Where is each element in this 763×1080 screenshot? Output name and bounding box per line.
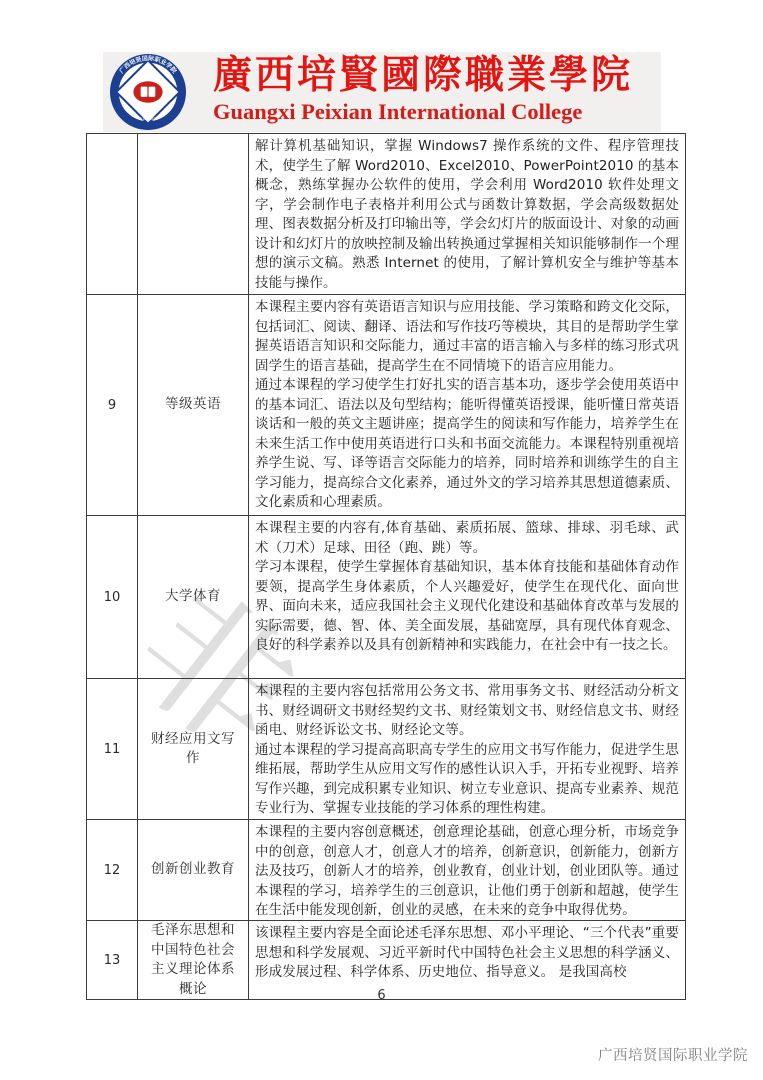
course-description-text: 本课程的主要内容创意概述，创意理论基础，创意心理分析，市场竞争中的创意，创意人才… <box>249 820 685 920</box>
course-name-cell: 财经应用文写作 <box>138 679 249 820</box>
college-logo-icon: 广西培贤国际职业学院 GUANGXI PEIXIAN INTERNATIONAL… <box>109 53 187 131</box>
table-row: 10 大学体育 本课程主要的内容有,体育基础、素质拓展、篮球、排球、羽毛球、武术… <box>87 516 686 679</box>
row-number-cell <box>87 134 138 295</box>
table-row: 11 财经应用文写作 本课程的主要内容包括常用公务文书、常用事务文书、财经活动分… <box>87 679 686 820</box>
college-name-zh: 廣西培賢國際職業學院 <box>213 52 661 98</box>
row-number-cell: 10 <box>87 516 138 679</box>
row-number-cell: 9 <box>87 295 138 516</box>
course-description-cell: 本课程的主要内容创意概述，创意理论基础，创意心理分析，市场竞争中的创意，创意人才… <box>249 820 686 921</box>
college-header: 广西培贤国际职业学院 GUANGXI PEIXIAN INTERNATIONAL… <box>103 52 661 132</box>
course-name-cell: 大学体育 <box>138 516 249 679</box>
college-titles: 廣西培賢國際職業學院 Guangxi Peixian International… <box>213 52 661 125</box>
course-name-cell: 等级英语 <box>138 295 249 516</box>
table-row: 解计算机基础知识，掌握 Windows7 操作系统的文件、程序管理技术，使学生了… <box>87 134 686 295</box>
course-description-text: 本课程主要的内容有,体育基础、素质拓展、篮球、排球、羽毛球、武术（刀术）足球、田… <box>249 516 685 656</box>
document-page: 广西培贤国际职业学院 GUANGXI PEIXIAN INTERNATIONAL… <box>0 0 763 1080</box>
footer-college-name: 广西培贤国际职业学院 <box>598 1044 748 1065</box>
course-description-text: 本课程主要内容有英语语言知识与应用技能、学习策略和跨文化交际，包括词汇、阅读、翻… <box>249 295 685 513</box>
course-description-text: 解计算机基础知识，掌握 Windows7 操作系统的文件、程序管理技术，使学生了… <box>249 134 685 293</box>
table-row: 9 等级英语 本课程主要内容有英语语言知识与应用技能、学习策略和跨文化交际，包括… <box>87 295 686 516</box>
row-number-cell: 11 <box>87 679 138 820</box>
course-name-cell: 创新创业教育 <box>138 820 249 921</box>
course-description-text: 该课程主要内容是全面论述毛泽东思想、邓小平理论、“三个代表”重要思想和科学发展观… <box>249 921 685 981</box>
course-description-cell: 解计算机基础知识，掌握 Windows7 操作系统的文件、程序管理技术，使学生了… <box>249 134 686 295</box>
course-description-text: 本课程的主要内容包括常用公务文书、常用事务文书、财经活动分析文书、财经调研文书财… <box>249 679 685 819</box>
course-table: 解计算机基础知识，掌握 Windows7 操作系统的文件、程序管理技术，使学生了… <box>86 133 686 1000</box>
row-number-cell: 12 <box>87 820 138 921</box>
course-description-cell: 本课程的主要内容包括常用公务文书、常用事务文书、财经活动分析文书、财经调研文书财… <box>249 679 686 820</box>
course-name-cell <box>138 134 249 295</box>
course-description-cell: 本课程主要的内容有,体育基础、素质拓展、篮球、排球、羽毛球、武术（刀术）足球、田… <box>249 516 686 679</box>
college-name-en: Guangxi Peixian International College <box>213 99 661 125</box>
table-row: 12 创新创业教育 本课程的主要内容创意概述，创意理论基础，创意心理分析，市场竞… <box>87 820 686 921</box>
page-number: 6 <box>0 988 763 1003</box>
course-description-cell: 本课程主要内容有英语语言知识与应用技能、学习策略和跨文化交际，包括词汇、阅读、翻… <box>249 295 686 516</box>
